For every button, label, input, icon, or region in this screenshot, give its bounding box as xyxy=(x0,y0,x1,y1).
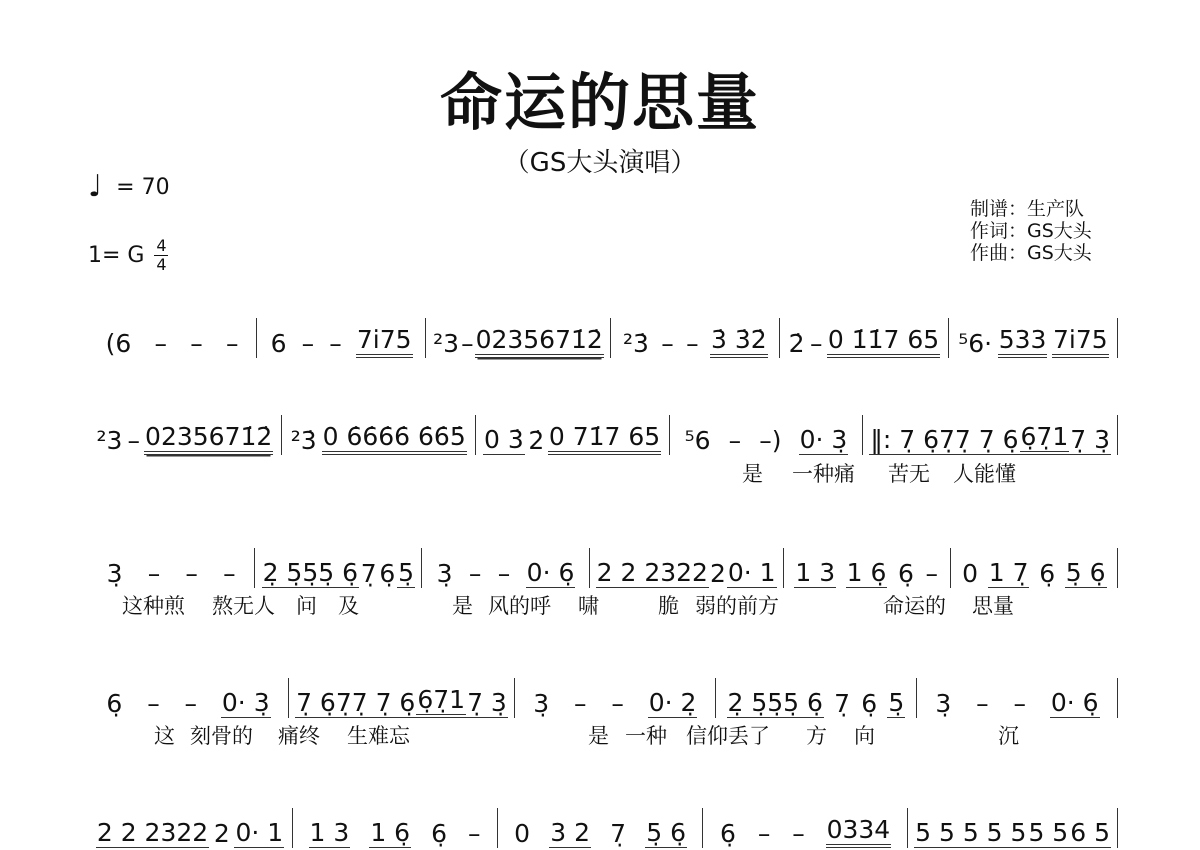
note-group: 3̣ xyxy=(436,559,454,588)
note-group: 0 6̇6̇6̇6̇ 6̇6̇5̇ xyxy=(322,422,467,455)
note-group: – xyxy=(468,559,483,588)
measure: ‖: 7̣ 6̣7̣7̣ 7̣ 6̣6̣7̣17̣ 3̣ xyxy=(862,415,1118,455)
measure: 2 2 232220· 1 xyxy=(88,808,292,848)
note-group: 2 2 2322 xyxy=(596,558,709,588)
measure: 0 3̇2̇0 71̇7 65 xyxy=(475,415,669,455)
note-group: 3̣ xyxy=(106,559,124,588)
measure: 2̣ 5̣5̣5̣ 6̣7̣6̣5̣ xyxy=(715,678,916,718)
note-group: 0· 6̣ xyxy=(526,558,576,588)
measure: (6––– xyxy=(88,318,256,358)
note-group: – xyxy=(610,689,625,718)
measure: 2̇–0 1̇1̇7 65 xyxy=(779,318,948,358)
quarter-note-icon: ♩ xyxy=(88,172,102,202)
notation-row: 3̣–––2̣ 5̣5̣5̣ 6̣7̣6̣5̣3̣––0· 6̣2 2 2322… xyxy=(88,548,1118,588)
note-group: – xyxy=(728,426,743,455)
song-title: 命运的思量 xyxy=(0,72,1200,134)
note-group: 3 2 xyxy=(549,818,591,848)
time-signature: 4 4 xyxy=(154,238,168,273)
note-group: 6̣ xyxy=(430,819,448,848)
note-group: 0235671̇2̇ xyxy=(475,325,604,358)
note-group: 5̣ xyxy=(887,688,905,718)
notation-row: 6̣––0· 3̣7̣ 6̣7̣7̣ 7̣ 6̣6̣7̣17̣ 3̣3̣––0·… xyxy=(88,678,1118,718)
lyric-syllables: 是 xyxy=(588,720,609,750)
note-group: 7̣ 6̣7̣7̣ 7̣ 6̣ xyxy=(295,688,416,718)
lyric-syllables: 这种煎 xyxy=(122,590,185,620)
note-group: 5̣ xyxy=(397,558,415,588)
measure: 3̣––0· 2̣ xyxy=(514,678,715,718)
measure: ²3–0235671̇2̇ xyxy=(88,415,281,455)
measure: 3̣––0· 6̣ xyxy=(421,548,588,588)
note-group: – xyxy=(467,819,482,848)
note-group: 3̣ xyxy=(532,689,550,718)
note-group: ²3 xyxy=(432,329,460,358)
note-group: 0· 2̣ xyxy=(648,688,698,718)
lyric-syllables: 熬无人 xyxy=(212,590,275,620)
note-group: ‖: 7̣ 6̣7̣7̣ 7̣ 6̣ xyxy=(869,425,1019,455)
note-group: 2̣ 5̣5̣5̣ 6̣ xyxy=(727,688,824,718)
note-group: – xyxy=(146,689,161,718)
note-group: 3̇ 3̇2̇ xyxy=(710,325,768,358)
credit-lyricist: 作词：GS大头 xyxy=(970,220,1092,242)
note-group: 6̣ xyxy=(897,559,915,588)
lyric-syllables: 痛终 xyxy=(278,720,320,750)
note-group: – xyxy=(573,689,588,718)
note-group: 1 3 xyxy=(309,818,351,848)
note-group: 7̣ 3̣ xyxy=(466,688,508,718)
lyric-syllables: 思量 xyxy=(972,590,1014,620)
lyric-syllables: 是 xyxy=(742,458,763,488)
notation-row: 2 2 232220· 11 31 6̣6̣–03 27̣5̣ 6̣6̣––03… xyxy=(88,808,1118,848)
note-group: ⁵6· xyxy=(957,329,993,358)
note-group: – xyxy=(757,819,772,848)
note-group: – xyxy=(791,819,806,848)
note-group: 6 xyxy=(270,329,288,358)
note-group: –) xyxy=(758,426,782,455)
note-group: – xyxy=(147,559,162,588)
note-group: – xyxy=(184,689,199,718)
note-group: – xyxy=(685,329,700,358)
note-group: ²3 xyxy=(96,426,124,455)
measure: 2 2 232220· 1 xyxy=(589,548,783,588)
note-group: – xyxy=(924,559,939,588)
note-group: 6̣ xyxy=(105,689,123,718)
note-group: – xyxy=(189,329,204,358)
note-group: 7̣ xyxy=(833,689,851,718)
song-subtitle: （GS大头演唱） xyxy=(0,150,1200,176)
note-group: 533 xyxy=(998,325,1048,358)
lyric-syllables: 向 xyxy=(854,720,875,750)
note-group: 7̣ xyxy=(360,559,378,588)
measure: 03 27̣5̣ 6̣ xyxy=(497,808,702,848)
note-group: 1 7̣ xyxy=(988,558,1030,588)
measure: 3̣––– xyxy=(88,548,254,588)
lyric-syllables: 脆 xyxy=(658,590,679,620)
note-group: 0 xyxy=(513,819,531,848)
note-group: 1 6̣ xyxy=(846,558,888,588)
note-group: – xyxy=(154,329,169,358)
note-group: 5̣ 6̣ xyxy=(1065,558,1107,588)
tempo-marking: ♩ = 70 xyxy=(88,172,170,202)
tempo-value: = 70 xyxy=(116,175,169,200)
credit-transcriber: 制谱：生产队 xyxy=(970,198,1092,220)
measure: ²3̇0 6̇6̇6̇6̇ 6̇6̇5̇ xyxy=(281,415,475,455)
measure: 6––7i̇75 xyxy=(256,318,425,358)
measure: 1 31 6̣6̣– xyxy=(783,548,950,588)
note-group: 0· 1 xyxy=(727,558,777,588)
measure: 5 5 5 5 55 56 5 xyxy=(907,808,1118,848)
measure: 2̣ 5̣5̣5̣ 6̣7̣6̣5̣ xyxy=(254,548,421,588)
note-group: 1 3 xyxy=(794,558,836,588)
note-group: 5 5 5 5 5 xyxy=(914,818,1027,848)
note-group: ⁵6 xyxy=(684,426,712,455)
lyric-syllables: 风的呼 xyxy=(488,590,551,620)
note-group: 7̣ 3̣ xyxy=(1069,425,1111,455)
note-group: 0 71̇7 65 xyxy=(548,422,661,455)
note-group: 0· 3̣ xyxy=(799,425,849,455)
measure: 3̣––0· 6̣ xyxy=(916,678,1118,718)
lyric-syllables: 沉 xyxy=(998,720,1019,750)
key-label: 1= G xyxy=(88,243,144,268)
note-group: – xyxy=(497,559,512,588)
measure: ²3̇––3̇ 3̇2̇ xyxy=(610,318,779,358)
note-group: 2̇ xyxy=(527,426,545,455)
note-group: 1 6̣ xyxy=(369,818,411,848)
note-group: 6̣ xyxy=(860,689,878,718)
note-group: – xyxy=(184,559,199,588)
lyric-syllables: 问 xyxy=(296,590,317,620)
lyric-syllables: 是 xyxy=(452,590,473,620)
measure: 01 7̣6̣5̣ 6̣ xyxy=(950,548,1118,588)
measure: ⁵6·5337i̇75 xyxy=(948,318,1118,358)
note-group: 3̣ xyxy=(934,689,952,718)
note-group: ²3̇ xyxy=(622,329,650,358)
measure: 1 31 6̣6̣– xyxy=(292,808,497,848)
lyric-syllables: 弱的前方 xyxy=(695,590,779,620)
measure: 6̣––0· 3̣ xyxy=(88,678,288,718)
note-group: – xyxy=(809,329,824,358)
note-group: 0 1̇1̇7 65 xyxy=(827,325,940,358)
note-group: 0· 3̣ xyxy=(221,688,271,718)
note-group: (6 xyxy=(105,329,133,358)
lyric-syllables: 啸 xyxy=(578,590,599,620)
note-group: 0· 6̣ xyxy=(1050,688,1100,718)
notation-row: ²3–0235671̇2̇²3̇0 6̇6̇6̇6̇ 6̇6̇5̇0 3̇2̇0… xyxy=(88,415,1118,455)
note-group: – xyxy=(301,329,316,358)
note-group: – xyxy=(460,329,475,358)
measure: ²3–0235671̇2̇ xyxy=(425,318,610,358)
note-group: 0334 xyxy=(826,815,892,848)
note-group: – xyxy=(328,329,343,358)
lyric-syllables: 这 xyxy=(154,720,175,750)
note-group: ²3̇ xyxy=(290,426,318,455)
note-group: – xyxy=(975,689,990,718)
note-group: 7̣ xyxy=(609,819,627,848)
lyric-syllables: 生难忘 xyxy=(347,720,410,750)
lyric-syllables: 一种痛 xyxy=(792,458,855,488)
note-group: – xyxy=(660,329,675,358)
lyric-syllables: 命运的 xyxy=(883,590,946,620)
note-group: 2̇ xyxy=(788,329,806,358)
note-group: 5̣ 6̣ xyxy=(645,818,687,848)
note-group: 2 xyxy=(709,559,727,588)
note-group: 2 2 2322 xyxy=(96,818,209,848)
lyric-syllables: 刻骨的 xyxy=(190,720,253,750)
key-signature: 1= G 4 4 xyxy=(88,238,168,273)
credit-composer: 作曲：GS大头 xyxy=(970,242,1092,264)
note-group: 0 xyxy=(961,559,979,588)
note-group: 6̣ xyxy=(1038,559,1056,588)
lyric-syllables: 信仰丢了 xyxy=(686,720,770,750)
note-group: 7i̇75 xyxy=(356,325,413,358)
note-group: – xyxy=(225,329,240,358)
note-group: 6̣ xyxy=(719,819,737,848)
notation-row: (6–––6––7i̇75²3–0235671̇2̇²3̇––3̇ 3̇2̇2̇… xyxy=(88,318,1118,358)
lyric-syllables: 方 xyxy=(806,720,827,750)
note-group: 2 xyxy=(213,819,231,848)
measure: 6̣––0334 xyxy=(702,808,907,848)
measure: ⁵6––)0· 3̣ xyxy=(669,415,863,455)
lyric-syllables: 人能懂 xyxy=(953,458,1016,488)
lyric-syllables: 苦无 xyxy=(888,458,930,488)
note-group: 0· 1 xyxy=(234,818,284,848)
note-group: 6̣7̣1 xyxy=(1020,422,1070,455)
lyric-syllables: 一种 xyxy=(625,720,667,750)
note-group: – xyxy=(127,426,142,455)
note-group: 6̣ xyxy=(378,559,396,588)
note-group: 0235671̇2̇ xyxy=(144,422,273,455)
note-group: – xyxy=(1013,689,1028,718)
note-group: 6 5 xyxy=(1069,818,1111,848)
credits: 制谱：生产队 作词：GS大头 作曲：GS大头 xyxy=(970,198,1092,264)
lyric-syllables: 及 xyxy=(338,590,359,620)
note-group: 0 3̇ xyxy=(483,425,525,455)
note-group: – xyxy=(222,559,237,588)
note-group: 6̣7̣1 xyxy=(416,685,466,718)
note-group: 5 5 xyxy=(1027,818,1069,848)
note-group: 2̣ 5̣5̣5̣ 6̣ xyxy=(262,558,359,588)
note-group: 7i̇75 xyxy=(1052,325,1109,358)
measure: 7̣ 6̣7̣7̣ 7̣ 6̣6̣7̣17̣ 3̣ xyxy=(288,678,514,718)
